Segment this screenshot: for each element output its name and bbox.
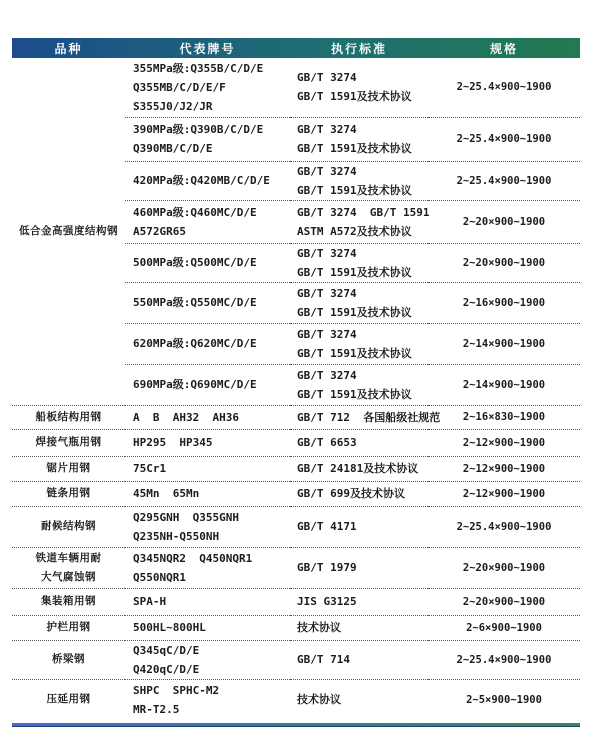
table-row: 锯片用钢75Cr1GB/T 24181及技术协议2~12×900~1900 [12,456,580,481]
standard-line: 技术协议 [297,618,428,637]
grades-cell: Q345NQR2 Q450NQR1Q550NQR1 [125,547,290,588]
standards-cell: 技术协议 [290,615,428,640]
category-cell: 桥梁钢 [12,640,125,679]
standards-cell: GB/T 3274GB/T 1591及技术协议 [290,161,428,200]
spec-cell: 2~20×900~1900 [428,547,580,588]
grades-cell: 500MPa级:Q500MC/D/E [125,243,290,282]
standards-cell: GB/T 3274GB/T 1591及技术协议 [290,117,428,161]
standards-cell: GB/T 3274GB/T 1591及技术协议 [290,58,428,117]
standard-line: GB/T 714 [297,650,428,669]
header-cell-grades: 代表牌号 [125,38,290,58]
standard-line: GB/T 1591及技术协议 [297,263,428,282]
category-cell: 压延用钢 [12,679,125,720]
standards-cell: GB/T 4171 [290,506,428,547]
spec-cell: 2~25.4×900~1900 [428,640,580,679]
spec-cell: 2~12×900~1900 [428,429,580,456]
table-row: 焊接气瓶用钢HP295 HP345GB/T 66532~12×900~1900 [12,429,580,456]
standard-line: GB/T 1591及技术协议 [297,385,428,404]
bottom-gradient-rule [12,723,580,727]
spec-cell: 2~5×900~1900 [428,679,580,720]
grade-line: 460MPa级:Q460MC/D/E [133,203,290,222]
standard-line: GB/T 3274 [297,366,428,385]
category-line: 链条用钢 [12,484,125,503]
standard-line: GB/T 712 各国船级社规范 [297,408,428,427]
grade-line: A572GR65 [133,222,290,241]
grade-line: Q295GNH Q355GNH [133,508,290,527]
spec-cell: 2~20×900~1900 [428,243,580,282]
standards-cell: GB/T 3274 GB/T 1591ASTM A572及技术协议 [290,200,428,243]
standards-cell: GB/T 3274GB/T 1591及技术协议 [290,243,428,282]
standards-cell: GB/T 3274GB/T 1591及技术协议 [290,282,428,323]
standard-line: GB/T 1591及技术协议 [297,139,428,158]
grades-cell: SPA-H [125,588,290,615]
grades-cell: 390MPa级:Q390B/C/D/EQ390MB/C/D/E [125,117,290,161]
grades-cell: 45Mn 65Mn [125,481,290,506]
standards-cell: GB/T 1979 [290,547,428,588]
table-row: 链条用钢45Mn 65MnGB/T 699及技术协议2~12×900~1900 [12,481,580,506]
standard-line: ASTM A572及技术协议 [297,222,428,241]
standard-line: GB/T 1591及技术协议 [297,87,428,106]
category-cell: 集装箱用钢 [12,588,125,615]
header-cell-spec: 规格 [428,38,580,58]
steel-products-spec-sheet: 品种 代表牌号 执行标准 规格 低合金高强度结构钢355MPa级:Q355B/C… [0,0,600,734]
spec-cell: 2~25.4×900~1900 [428,58,580,117]
category-line: 护栏用钢 [12,618,125,637]
standard-line: GB/T 3274 [297,68,428,87]
standards-cell: GB/T 3274GB/T 1591及技术协议 [290,323,428,364]
category-line: 铁道车辆用耐 [12,549,125,568]
grade-line: Q235NH-Q550NH [133,527,290,546]
category-line: 耐候结构钢 [12,517,125,536]
standards-cell: JIS G3125 [290,588,428,615]
standard-line: GB/T 699及技术协议 [297,484,428,503]
table-row: 桥梁钢Q345qC/D/EQ420qC/D/EGB/T 7142~25.4×90… [12,640,580,679]
standard-line: GB/T 3274 [297,120,428,139]
grades-cell: 690MPa级:Q690MC/D/E [125,364,290,405]
grades-cell: Q295GNH Q355GNHQ235NH-Q550NH [125,506,290,547]
grade-line: HP295 HP345 [133,433,290,452]
category-line: 低合金高强度结构钢 [12,222,125,241]
grade-line: 690MPa级:Q690MC/D/E [133,375,290,394]
standard-line: JIS G3125 [297,592,428,611]
grades-cell: 550MPa级:Q550MC/D/E [125,282,290,323]
grade-line: Q355MB/C/D/E/F [133,78,290,97]
grades-cell: 500HL~800HL [125,615,290,640]
standard-line: GB/T 3274 [297,284,428,303]
standards-cell: GB/T 6653 [290,429,428,456]
grade-line: 45Mn 65Mn [133,484,290,503]
table-row: 压延用钢SHPC SPHC-M2MR-T2.5技术协议2~5×900~1900 [12,679,580,720]
spec-cell: 2~20×900~1900 [428,200,580,243]
standard-line: GB/T 6653 [297,433,428,452]
standard-line: GB/T 1979 [297,558,428,577]
standard-line: GB/T 24181及技术协议 [297,459,428,478]
grade-line: 500HL~800HL [133,618,290,637]
standard-line: 技术协议 [297,690,428,709]
header-cell-variety: 品种 [12,38,125,58]
table-row: 集装箱用钢SPA-HJIS G31252~20×900~1900 [12,588,580,615]
grade-line: 420MPa级:Q420MB/C/D/E [133,171,290,190]
standards-cell: GB/T 3274GB/T 1591及技术协议 [290,364,428,405]
spec-cell: 2~12×900~1900 [428,481,580,506]
category-line: 大气腐蚀钢 [12,568,125,587]
category-line: 焊接气瓶用钢 [12,433,125,452]
table-row: 护栏用钢500HL~800HL技术协议2~6×900~1900 [12,615,580,640]
category-line: 桥梁钢 [12,650,125,669]
category-line: 锯片用钢 [12,459,125,478]
spec-cell: 2~12×900~1900 [428,456,580,481]
grade-line: Q345qC/D/E [133,641,290,660]
grades-cell: 620MPa级:Q620MC/D/E [125,323,290,364]
category-cell: 护栏用钢 [12,615,125,640]
table-row: 铁道车辆用耐大气腐蚀钢Q345NQR2 Q450NQR1Q550NQR1GB/T… [12,547,580,588]
table-header: 品种 代表牌号 执行标准 规格 [12,38,580,58]
spec-cell: 2~25.4×900~1900 [428,161,580,200]
grade-line: SPA-H [133,592,290,611]
spec-cell: 2~25.4×900~1900 [428,506,580,547]
grades-cell: 75Cr1 [125,456,290,481]
grades-cell: 460MPa级:Q460MC/D/EA572GR65 [125,200,290,243]
grade-line: S355J0/J2/JR [133,97,290,116]
grades-cell: HP295 HP345 [125,429,290,456]
spec-cell: 2~16×830~1900 [428,405,580,429]
category-cell: 耐候结构钢 [12,506,125,547]
standard-line: GB/T 1591及技术协议 [297,303,428,322]
table-row: 船板结构用钢A B AH32 AH36GB/T 712 各国船级社规范2~16×… [12,405,580,429]
standard-line: GB/T 1591及技术协议 [297,181,428,200]
grade-line: 620MPa级:Q620MC/D/E [133,334,290,353]
grade-line: 550MPa级:Q550MC/D/E [133,293,290,312]
category-cell: 焊接气瓶用钢 [12,429,125,456]
header-cell-standard: 执行标准 [290,38,428,58]
grades-cell: SHPC SPHC-M2MR-T2.5 [125,679,290,720]
table-row: 耐候结构钢Q295GNH Q355GNHQ235NH-Q550NHGB/T 41… [12,506,580,547]
products-table: 品种 代表牌号 执行标准 规格 低合金高强度结构钢355MPa级:Q355B/C… [12,38,580,727]
grade-line: Q345NQR2 Q450NQR1 [133,549,290,568]
grades-cell: A B AH32 AH36 [125,405,290,429]
grade-line: MR-T2.5 [133,700,290,719]
category-cell: 链条用钢 [12,481,125,506]
category-line: 集装箱用钢 [12,592,125,611]
grade-line: 500MPa级:Q500MC/D/E [133,253,290,272]
standard-line: GB/T 3274 [297,244,428,263]
spec-cell: 2~6×900~1900 [428,615,580,640]
grade-line: Q390MB/C/D/E [133,139,290,158]
standards-cell: 技术协议 [290,679,428,720]
spec-cell: 2~16×900~1900 [428,282,580,323]
grade-line: 390MPa级:Q390B/C/D/E [133,120,290,139]
spec-cell: 2~20×900~1900 [428,588,580,615]
category-line: 船板结构用钢 [12,408,125,427]
grade-line: 355MPa级:Q355B/C/D/E [133,59,290,78]
standards-cell: GB/T 712 各国船级社规范 [290,405,428,429]
grades-cell: 420MPa级:Q420MB/C/D/E [125,161,290,200]
table-body: 低合金高强度结构钢355MPa级:Q355B/C/D/EQ355MB/C/D/E… [12,58,580,720]
standard-line: GB/T 3274 [297,162,428,181]
standards-cell: GB/T 714 [290,640,428,679]
standards-cell: GB/T 699及技术协议 [290,481,428,506]
grades-cell: 355MPa级:Q355B/C/D/EQ355MB/C/D/E/FS355J0/… [125,58,290,117]
standard-line: GB/T 4171 [297,517,428,536]
spec-cell: 2~25.4×900~1900 [428,117,580,161]
category-line: 压延用钢 [12,690,125,709]
spec-cell: 2~14×900~1900 [428,364,580,405]
table-row: 低合金高强度结构钢355MPa级:Q355B/C/D/EQ355MB/C/D/E… [12,58,580,117]
standard-line: GB/T 1591及技术协议 [297,344,428,363]
grades-cell: Q345qC/D/EQ420qC/D/E [125,640,290,679]
category-cell: 铁道车辆用耐大气腐蚀钢 [12,547,125,588]
standard-line: GB/T 3274 GB/T 1591 [297,203,428,222]
spec-cell: 2~14×900~1900 [428,323,580,364]
grade-line: Q420qC/D/E [133,660,290,679]
category-cell: 低合金高强度结构钢 [12,58,125,405]
category-cell: 船板结构用钢 [12,405,125,429]
grade-line: 75Cr1 [133,459,290,478]
grade-line: Q550NQR1 [133,568,290,587]
category-cell: 锯片用钢 [12,456,125,481]
grade-line: SHPC SPHC-M2 [133,681,290,700]
grade-line: A B AH32 AH36 [133,408,290,427]
standards-cell: GB/T 24181及技术协议 [290,456,428,481]
standard-line: GB/T 3274 [297,325,428,344]
